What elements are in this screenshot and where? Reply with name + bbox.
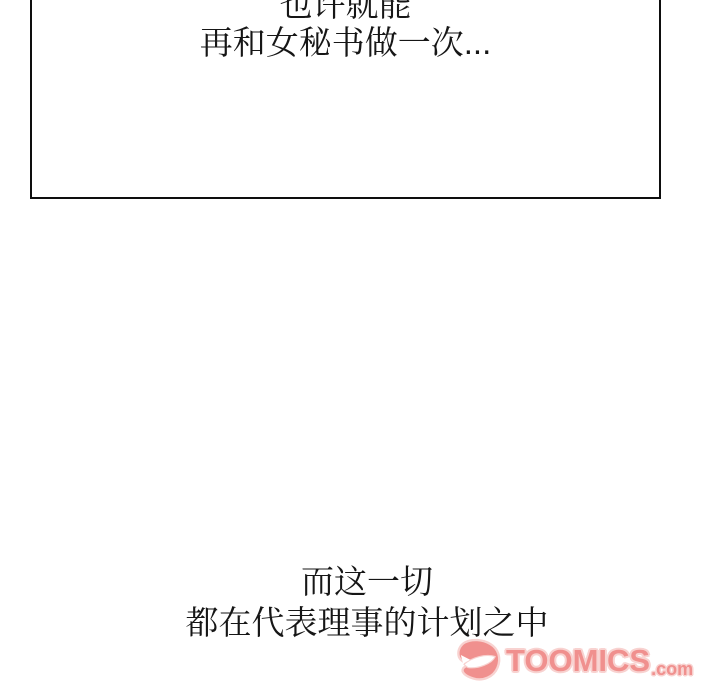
toomics-watermark: TOOMICS .com: [453, 637, 693, 684]
toomics-mask-icon: [453, 637, 503, 684]
comic-page: 也许就能 再和女秘书做一次... 而这一切 都在代表理事的计划之中 TOOMIC…: [0, 0, 720, 700]
narration-caption: 而这一切 都在代表理事的计划之中: [0, 561, 720, 643]
speech-bubble: 也许就能 再和女秘书做一次...: [30, 0, 661, 199]
speech-line-2: 再和女秘书做一次...: [32, 24, 659, 62]
toomics-tld-text: .com: [651, 659, 693, 680]
caption-line-1: 而这一切: [14, 561, 720, 602]
speech-line-1: 也许就能: [32, 0, 659, 24]
speech-bubble-text: 也许就能 再和女秘书做一次...: [32, 0, 659, 62]
toomics-brand-text: TOOMICS: [506, 643, 650, 679]
